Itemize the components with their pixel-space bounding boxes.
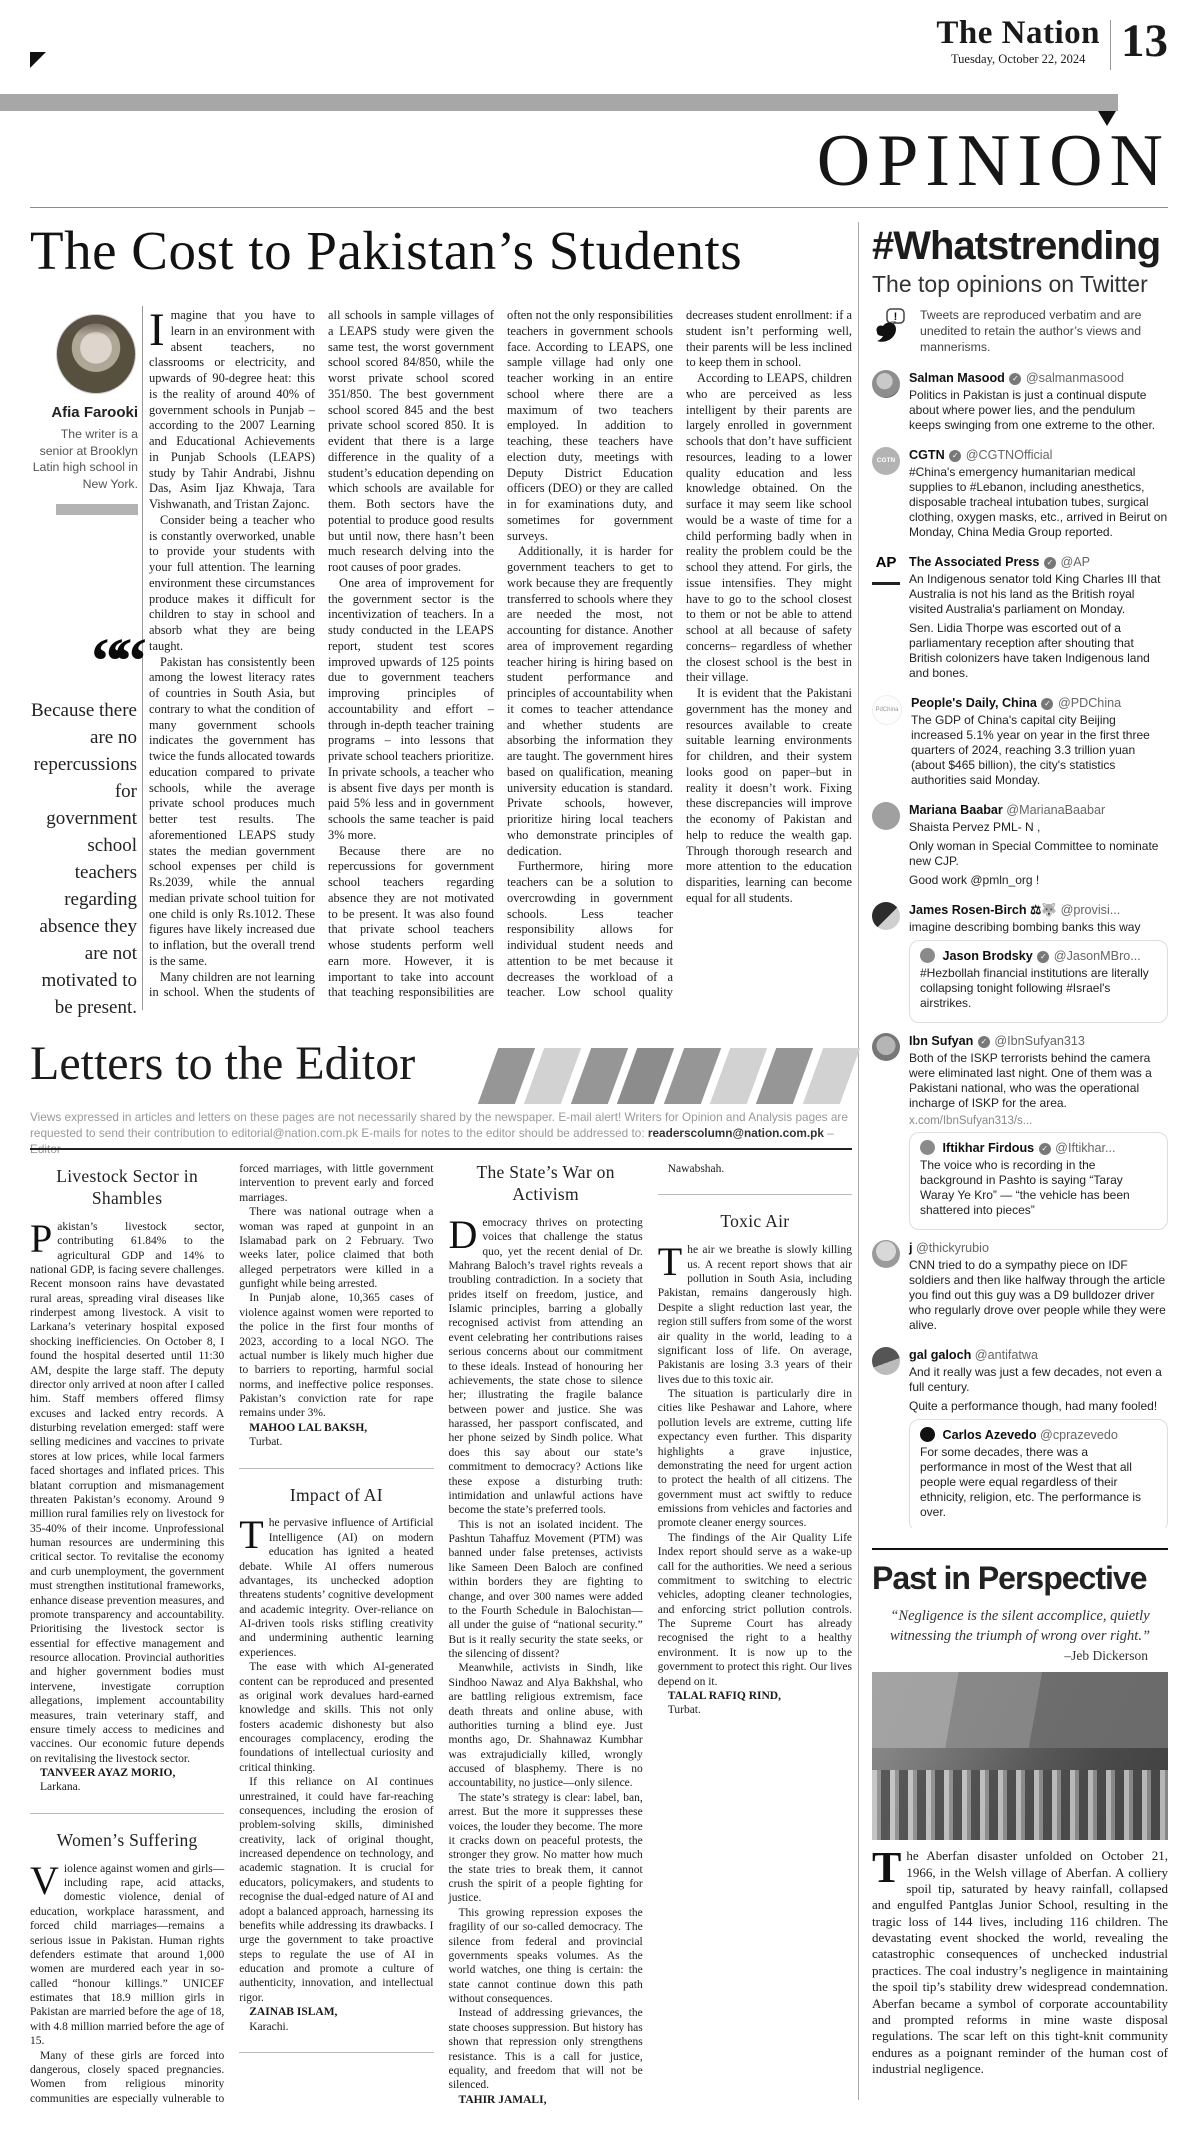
tweet-author: The Associated Press (909, 555, 1039, 569)
article-paragraph: According to LEAPS, children who are per… (686, 371, 852, 686)
tweet-header: j @thickyrubio (909, 1240, 1168, 1257)
tweet-author: People's Daily, China (911, 696, 1037, 710)
letters-stripes-icon (488, 1048, 850, 1104)
quoted-tweet-header: Carlos Azevedo @cprazevedo (920, 1427, 1157, 1444)
tweet-handle: @MarianaBaabar (1006, 803, 1105, 817)
letter-author: MAHOO LAL BAKSH, (239, 1421, 433, 1435)
letter-paragraph: The findings of the Air Quality Life Ind… (658, 1531, 852, 1689)
quoted-text: #Hezbollah financial institutions are li… (920, 966, 1157, 1011)
tweet-author: James Rosen-Birch ⚖🐺 (909, 903, 1057, 917)
tweet-header: James Rosen-Birch ⚖🐺 @provisi... (909, 902, 1168, 919)
letter-paragraph: Violence against women and girls—includi… (30, 1862, 224, 2049)
article-paragraph: Pakistan has consistently been among the… (149, 655, 315, 970)
letter-signature: ZAINAB ISLAM,Karachi. (239, 2005, 433, 2034)
tweet-header: CGTN @CGTNOfficial (909, 447, 1168, 464)
tweet-handle: @CGTNOfficial (966, 448, 1053, 462)
tweet: CGTN CGTN @CGTNOfficial #China's emergen… (872, 447, 1168, 544)
pull-quote-text: Because there are no repercussions for g… (30, 698, 137, 1022)
letter-title: Women’s Suffering (30, 1813, 224, 1852)
quoted-author: Iftikhar Firdous (943, 1141, 1035, 1155)
tweet-author: j (909, 1241, 913, 1255)
quoted-avatar (920, 1427, 935, 1442)
tweet-link: x.com/IbnSufyan313/s... (909, 1115, 1168, 1127)
past-paragraph: The Aberfan disaster unfolded on October… (872, 1848, 1168, 2077)
trending-disclaimer: Tweets are reproduced verbatim and are u… (920, 308, 1168, 356)
tweet-avatar (872, 802, 900, 830)
tweet-handle: @provisi... (1061, 903, 1121, 917)
tweet-author: gal galoch (909, 1348, 971, 1362)
trending-disclaimer-block: ! Tweets are reproduced verbatim and are… (872, 308, 1168, 356)
tweet-author: CGTN (909, 448, 945, 462)
letter-paragraph: Pakistan’s livestock sector, contributin… (30, 1220, 224, 1766)
article-headline: The Cost to Pakistan’s Students (30, 222, 852, 280)
tweet-handle: @salmanmasood (1026, 371, 1124, 385)
quoted-avatar (920, 1140, 935, 1155)
letter-author: TALAL RAFIQ RIND, (658, 1689, 852, 1703)
quoted-handle: @JasonMBro... (1054, 949, 1141, 963)
quoted-tweet: Jason Brodsky @JasonMBro... #Hezbollah f… (909, 940, 1168, 1023)
article-body: Imagine that you have to learn in an env… (149, 308, 852, 1008)
masthead: The Nation (936, 16, 1100, 51)
tweet-text: Sen. Lidia Thorpe was escorted out of a … (909, 621, 1168, 681)
letter-city: Turbat. (658, 1703, 852, 1717)
article-paragraph: One area of improvement for the governme… (328, 576, 494, 844)
tweet-handle: @thickyrubio (916, 1241, 989, 1255)
avatar-label: PdChina (875, 707, 898, 713)
tweet-text: The GDP of China's capital city Beijing … (911, 713, 1168, 788)
tweet-author: Mariana Baabar (909, 803, 1003, 817)
tweet-header: The Associated Press @AP (909, 554, 1168, 571)
tweet-text: Politics in Pakistan is just a continual… (909, 388, 1168, 433)
tweet-avatar (872, 1033, 900, 1061)
letter-paragraph: This is not an isolated incident. The Pa… (449, 1518, 643, 1662)
letter-paragraph: The situation is particularly dire in ci… (658, 1387, 852, 1531)
tweet-text: Shaista Pervez PML- N , (909, 820, 1168, 835)
quoted-author: Carlos Azevedo (943, 1428, 1037, 1442)
svg-text:!: ! (894, 311, 898, 323)
letters-title: Letters to the Editor (30, 1040, 415, 1088)
top-rule (30, 207, 1168, 208)
letter-paragraph: If this reliance on AI continues unrestr… (239, 1775, 433, 2005)
whatstrending-rail: #Whatstrending The top opinions on Twitt… (872, 218, 1168, 1528)
past-in-perspective: Past in Perspective “Negligence is the s… (872, 1548, 1168, 2077)
past-title: Past in Perspective (872, 1560, 1168, 1597)
verified-icon (1039, 1143, 1051, 1155)
tweet: PdChina People's Daily, China @PDChina T… (872, 695, 1168, 792)
letter-author: TAHIR JAMALI, (449, 2093, 643, 2107)
aberfan-photo (872, 1672, 1168, 1840)
letter-paragraph: Instead of addressing grievances, the st… (449, 2006, 643, 2092)
tweet-text: An Indigenous senator told King Charles … (909, 572, 1168, 617)
tweet-text: Both of the ISKP terrorists behind the c… (909, 1051, 1168, 1111)
pull-quote-block: Because there are no repercussions for g… (30, 645, 142, 1022)
letter-city: Larkana. (30, 1780, 224, 1794)
tweet: j @thickyrubio CNN tried to do a sympath… (872, 1240, 1168, 1337)
quoted-text: For some decades, there was a performanc… (920, 1445, 1157, 1520)
tweet: James Rosen-Birch ⚖🐺 @provisi... imagine… (872, 902, 1168, 1023)
letter: Toxic Air The air we breathe is slowly k… (658, 1194, 852, 1717)
article-paragraph: Consider being a teacher who is constant… (149, 513, 315, 655)
letter-signature: TANVEER AYAZ MORIO,Larkana. (30, 1766, 224, 1795)
masthead-block: The Nation Tuesday, October 22, 2024 13 (936, 16, 1168, 70)
letter-title: Impact of AI (239, 1468, 433, 1507)
tweet-handle: @antifatwa (975, 1348, 1038, 1362)
author-bio: The writer is a senior at Brooklyn Latin… (30, 426, 142, 492)
quote-icon (30, 645, 137, 678)
section-title: OPINION (817, 124, 1170, 198)
letter-paragraph: Democracy thrives on protecting voices t… (449, 1216, 643, 1518)
tweet-text: #China's emergency humanitarian medical … (909, 465, 1168, 540)
tweet-avatar: AP (872, 554, 900, 585)
article: Afia Farooki The writer is a senior at B… (30, 306, 852, 1010)
tweet-text: Only woman in Special Committee to nomin… (909, 839, 1168, 869)
letter-author: ZAINAB ISLAM, (239, 2005, 433, 2019)
quoted-tweet-header: Iftikhar Firdous @Iftikhar... (920, 1140, 1157, 1157)
author-rail: Afia Farooki The writer is a senior at B… (30, 306, 143, 1010)
letter-city: Turbat. (239, 1435, 433, 1449)
tweet-avatar: PdChina (872, 695, 902, 725)
whatstrending-subtitle: The top opinions on Twitter (872, 271, 1168, 298)
quoted-tweet: Iftikhar Firdous @Iftikhar... The voice … (909, 1132, 1168, 1230)
tweet-avatar (872, 902, 900, 930)
past-quote: “Negligence is the silent accomplice, qu… (872, 1607, 1168, 1646)
masthead-divider (1110, 20, 1111, 70)
tweet-list: Salman Masood @salmanmasood Politics in … (872, 370, 1168, 1528)
tweet-text: Good work @pmln_org ! (909, 873, 1168, 888)
letter-paragraph: The pervasive influence of Artificial In… (239, 1516, 433, 1660)
letters-email: readerscolumn@nation.com.pk (648, 1126, 824, 1140)
letter-title: Toxic Air (658, 1194, 852, 1233)
letter-city: Karachi. (239, 2020, 433, 2034)
tweet: Mariana Baabar @MarianaBaabar Shaista Pe… (872, 802, 1168, 892)
verified-icon (1041, 698, 1053, 710)
letter-signature: TALAL RAFIQ RIND,Turbat. (658, 1689, 852, 1718)
tweet-handle: @PDChina (1058, 696, 1121, 710)
tweet-handle: @IbnSufyan313 (994, 1034, 1085, 1048)
tweet: AP The Associated Press @AP An Indigenou… (872, 554, 1168, 685)
avatar-label: AP (876, 554, 897, 571)
letter-signature: MAHOO LAL BAKSH,Turbat. (239, 1421, 433, 1450)
tweet-avatar (872, 1240, 900, 1268)
verified-icon (978, 1036, 990, 1048)
past-quote-author: –Jeb Dickerson (872, 1648, 1148, 1664)
verified-icon (1044, 557, 1056, 569)
verified-icon (1009, 373, 1021, 385)
letter-paragraph: This growing repression exposes the frag… (449, 1906, 643, 2007)
tweet-avatar (872, 370, 900, 398)
tweet-handle: @AP (1060, 555, 1090, 569)
letter-author: TANVEER AYAZ MORIO, (30, 1766, 224, 1780)
quoted-handle: @cprazevedo (1040, 1428, 1118, 1442)
quoted-tweet: Carlos Azevedo @cprazevedo For some deca… (909, 1419, 1168, 1528)
letter-paragraph: The ease with which AI-generated content… (239, 1660, 433, 1775)
article-paragraph: It is evident that the Pakistani governm… (686, 686, 852, 907)
avatar-label: CGTN (877, 457, 895, 464)
letter-paragraph: The air we breathe is slowly killing us.… (658, 1243, 852, 1387)
letter-paragraph: Meanwhile, activists in Sindh, like Sind… (449, 1661, 643, 1790)
tweet-header: People's Daily, China @PDChina (911, 695, 1168, 712)
section-bar (0, 94, 1118, 111)
tweet-text: Quite a performance though, had many foo… (909, 1399, 1168, 1414)
verified-icon (949, 450, 961, 462)
quoted-author: Jason Brodsky (943, 949, 1033, 963)
tweet: gal galoch @antifatwa And it really was … (872, 1347, 1168, 1528)
twitter-bird-icon: ! (872, 308, 912, 353)
letter-paragraph: In Punjab alone, 10,365 cases of violenc… (239, 1291, 433, 1420)
author-name: Afia Farooki (30, 404, 142, 421)
quoted-tweet-header: Jason Brodsky @JasonMBro... (920, 948, 1157, 965)
column-divider (858, 222, 859, 2100)
corner-triangle-icon (30, 52, 46, 68)
quoted-avatar (920, 948, 935, 963)
whatstrending-title: #Whatstrending (872, 224, 1168, 269)
tweet-text: CNN tried to do a sympathy piece on IDF … (909, 1258, 1168, 1333)
verified-icon (1037, 951, 1049, 963)
letter: Impact of AI The pervasive influence of … (239, 1468, 433, 2034)
letter-paragraph: The state’s strategy is clear: label, ba… (449, 1791, 643, 1906)
article-paragraph: Additionally, it is harder for governmen… (507, 544, 673, 859)
tweet-header: gal galoch @antifatwa (909, 1347, 1168, 1364)
letters-columns: Livestock Sector in Shambles Pakistan’s … (30, 1148, 852, 2115)
masthead-date: Tuesday, October 22, 2024 (936, 52, 1100, 67)
tweet-author: Salman Masood (909, 371, 1005, 385)
article-paragraph: Imagine that you have to learn in an env… (149, 308, 315, 513)
letter: Livestock Sector in Shambles Pakistan’s … (30, 1166, 224, 1795)
tweet: Salman Masood @salmanmasood Politics in … (872, 370, 1168, 437)
tweet-header: Salman Masood @salmanmasood (909, 370, 1168, 387)
tweet-avatar (872, 1347, 900, 1375)
tweet-author: Ibn Sufyan (909, 1034, 973, 1048)
newspaper-page: The Nation Tuesday, October 22, 2024 13 … (0, 0, 1200, 2133)
letter-city: Nawabshah. (658, 1162, 852, 1176)
letter-paragraph: There was national outrage when a woman … (239, 1205, 433, 1291)
tweet-header: Ibn Sufyan @IbnSufyan313 (909, 1033, 1168, 1050)
page-number: 13 (1121, 18, 1168, 65)
author-divider-bar (56, 504, 138, 515)
quoted-text: The voice who is recording in the backgr… (920, 1158, 1157, 1218)
past-text: The Aberfan disaster unfolded on October… (872, 1848, 1168, 2077)
tweet-text: And it really was just a few decades, no… (909, 1365, 1168, 1395)
tweet-avatar: CGTN (872, 447, 900, 475)
tweet-header: Mariana Baabar @MarianaBaabar (909, 802, 1168, 819)
tweet: Ibn Sufyan @IbnSufyan313 Both of the ISK… (872, 1033, 1168, 1230)
quoted-handle: @Iftikhar... (1055, 1141, 1115, 1155)
letter-title: Livestock Sector in Shambles (30, 1166, 224, 1210)
tweet-text: imagine describing bombing banks this wa… (909, 920, 1168, 935)
author-photo (56, 314, 136, 394)
